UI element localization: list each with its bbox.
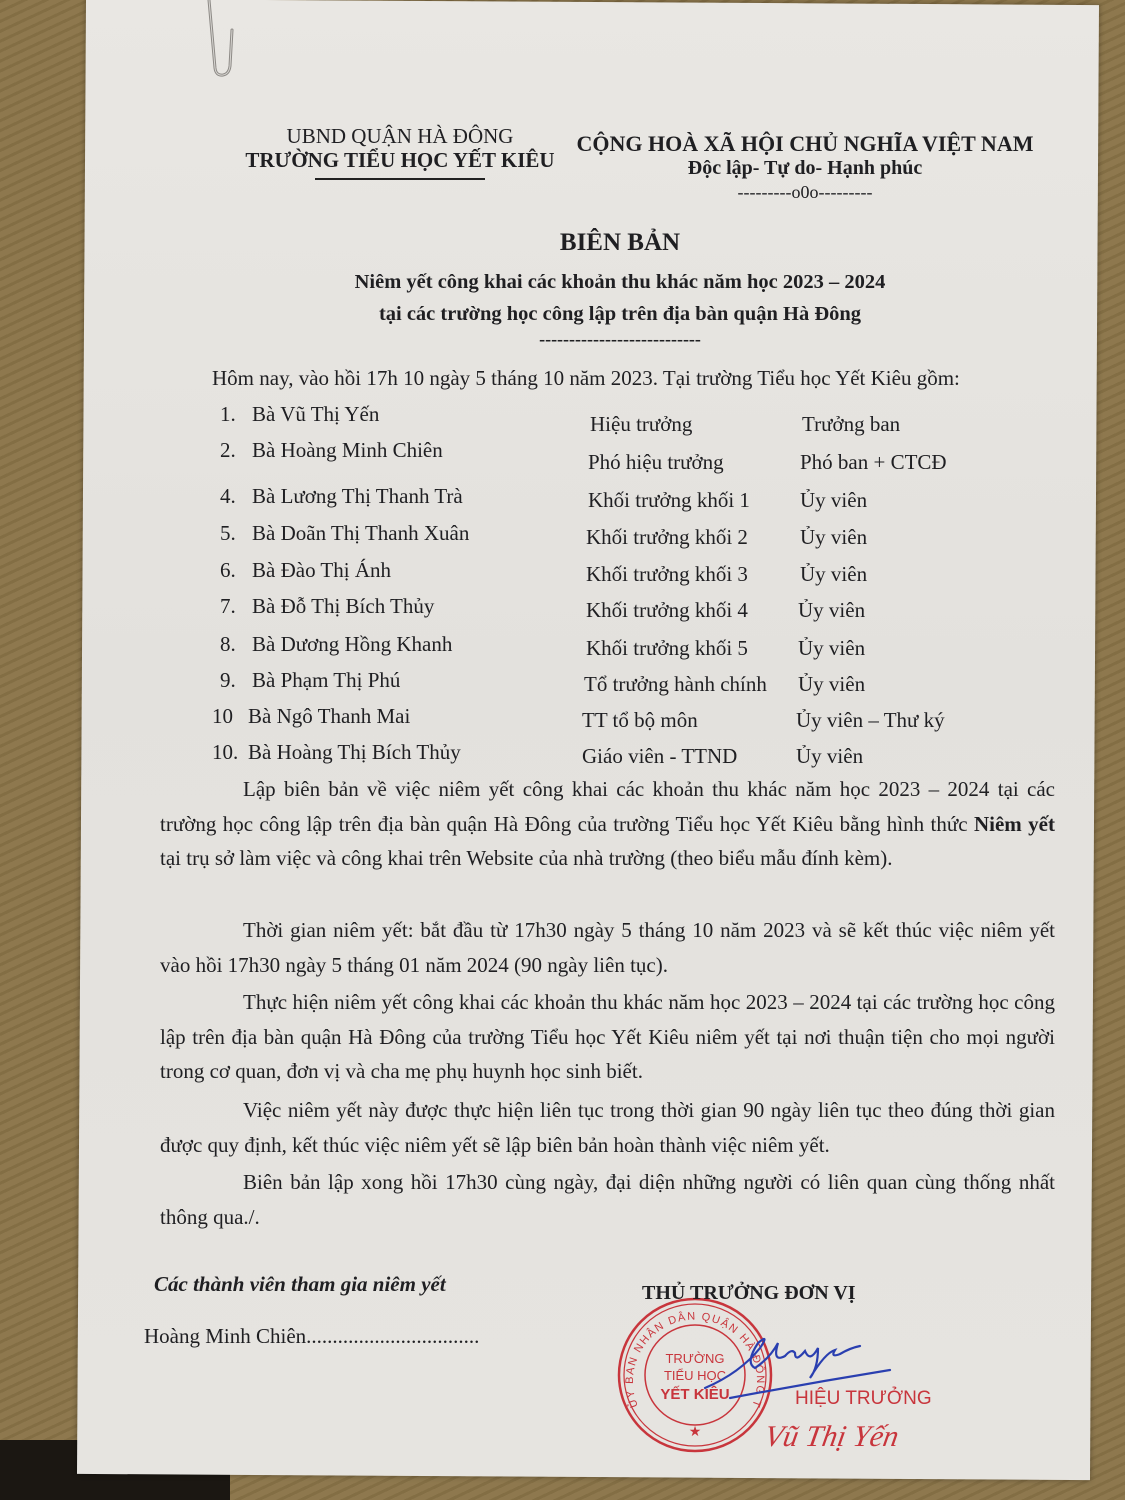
paragraph-1: Lập biên bản về việc niêm yết công khai …	[160, 772, 1055, 876]
member-position: TT tổ bộ môn	[582, 708, 698, 733]
member-number: 4.	[220, 484, 236, 509]
document-title-block: BIÊN BẢN Niêm yết công khai các khoản th…	[280, 228, 960, 348]
paragraph-1-bold: Niêm yết	[974, 812, 1055, 836]
member-number: 10	[212, 704, 233, 729]
issuer-header: UBND QUẬN HÀ ĐÔNG TRƯỜNG TIỂU HỌC YẾT KI…	[230, 124, 570, 180]
member-name: Bà Phạm Thị Phú	[252, 668, 400, 693]
member-role: Ủy viên	[796, 744, 863, 769]
header-rule	[315, 178, 485, 180]
member-number: 1.	[220, 402, 236, 427]
member-position: Khối trưởng khối 4	[586, 598, 748, 623]
member-role: Ủy viên	[798, 598, 865, 623]
member-role: Phó ban + CTCĐ	[800, 450, 947, 475]
member-name: Bà Hoàng Thị Bích Thủy	[248, 740, 461, 765]
school-name: TRƯỜNG TIỂU HỌC YẾT KIÊU	[230, 148, 570, 172]
member-name: Bà Lương Thị Thanh Trà	[252, 484, 463, 509]
member-number: 7.	[220, 594, 236, 619]
paragraph-5: Biên bản lập xong hồi 17h30 cùng ngày, đ…	[160, 1165, 1055, 1234]
paragraph-1-text-b: tại trụ sở làm việc và công khai trên We…	[160, 846, 892, 870]
member-name: Bà Vũ Thị Yến	[252, 402, 379, 427]
member-role: Ủy viên – Thư ký	[796, 708, 945, 733]
svg-text:★: ★	[689, 1425, 702, 1440]
paper-clip-icon	[203, 0, 243, 80]
member-role: Trưởng ban	[802, 412, 900, 437]
member-name: Bà Ngô Thanh Mai	[248, 704, 410, 729]
paragraph-4: Việc niêm yết này được thực hiện liên tụ…	[160, 1093, 1055, 1162]
member-position: Khối trưởng khối 2	[586, 525, 748, 550]
member-name: Bà Dương Hồng Khanh	[252, 632, 452, 657]
member-role: Ủy viên	[798, 636, 865, 661]
paragraph-1-text-a: Lập biên bản về việc niêm yết công khai …	[160, 777, 1055, 836]
member-position: Khối trưởng khối 3	[586, 562, 748, 587]
national-header: CỘNG HOÀ XÃ HỘI CHỦ NGHĨA VIỆT NAM Độc l…	[570, 132, 1040, 204]
title-divider: ---------------------------	[280, 330, 960, 348]
member-position: Giáo viên - TTND	[582, 744, 737, 769]
paragraph-2: Thời gian niêm yết: bắt đầu từ 17h30 ngà…	[160, 913, 1055, 982]
paragraph-3: Thực hiện niêm yết công khai các khoản t…	[160, 985, 1055, 1089]
members-signature-name: Hoàng Minh Chiên........................…	[144, 1324, 479, 1349]
member-number: 5.	[220, 521, 236, 546]
member-name: Bà Hoàng Minh Chiên	[252, 438, 443, 463]
member-role: Ủy viên	[798, 672, 865, 697]
member-number: 8.	[220, 632, 236, 657]
members-signature-title: Các thành viên tham gia niêm yết	[154, 1272, 446, 1297]
member-name: Bà Đào Thị Ánh	[252, 558, 391, 583]
member-number: 10.	[212, 740, 238, 765]
document-title: BIÊN BẢN	[280, 228, 960, 258]
header-decoration: ---------o0o---------	[570, 180, 1040, 204]
member-number: 9.	[220, 668, 236, 693]
document-subtitle-line1: Niêm yết công khai các khoản thu khác nă…	[280, 266, 960, 298]
unit-head-title: THỦ TRƯỞNG ĐƠN VỊ	[642, 1282, 856, 1305]
member-position: Phó hiệu trưởng	[588, 450, 724, 475]
member-number: 2.	[220, 438, 236, 463]
member-name: Bà Doãn Thị Thanh Xuân	[252, 521, 469, 546]
stamp-signer-name: Vũ Thị Yến	[762, 1420, 901, 1454]
member-name: Bà Đỗ Thị Bích Thủy	[252, 594, 434, 619]
member-position: Khối trưởng khối 5	[586, 636, 748, 661]
member-role: Ủy viên	[800, 488, 867, 513]
intro-text: Hôm nay, vào hồi 17h 10 ngày 5 tháng 10 …	[212, 366, 960, 391]
national-motto: Độc lập- Tự do- Hạnh phúc	[570, 156, 1040, 180]
member-role: Ủy viên	[800, 562, 867, 587]
member-number: 6.	[220, 558, 236, 583]
member-role: Ủy viên	[800, 525, 867, 550]
member-position: Hiệu trưởng	[590, 412, 692, 437]
district-name: UBND QUẬN HÀ ĐÔNG	[230, 124, 570, 148]
document-subtitle-line2: tại các trường học công lập trên địa bàn…	[280, 298, 960, 330]
stamp-position-title: HIỆU TRƯỞNG	[795, 1388, 932, 1410]
member-position: Tổ trưởng hành chính	[584, 672, 767, 697]
nation-title: CỘNG HOÀ XÃ HỘI CHỦ NGHĨA VIỆT NAM	[570, 132, 1040, 156]
member-position: Khối trưởng khối 1	[588, 488, 750, 513]
